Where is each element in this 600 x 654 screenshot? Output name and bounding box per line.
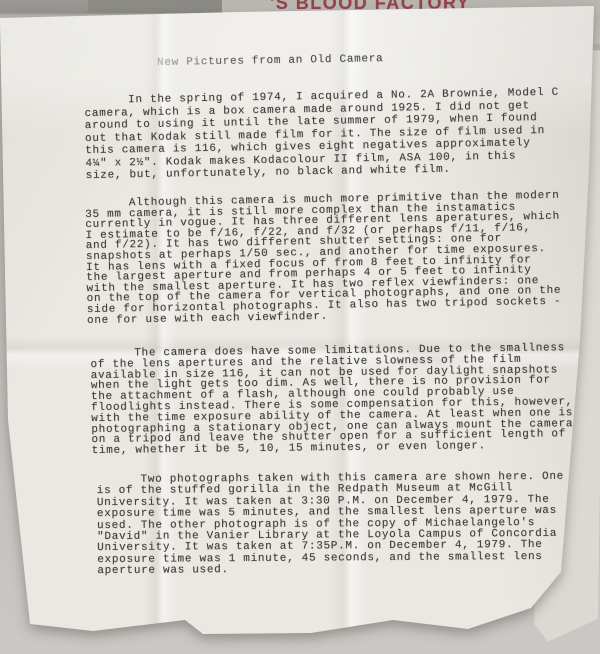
photo-of-typewritten-letter: 'S BLOOD FACTORY New Pictures from an Ol… [0, 0, 600, 654]
letter-title: New Pictures from an Old Camera [157, 53, 384, 69]
letter-sheet: New Pictures from an Old Camera In the s… [0, 0, 600, 654]
letter-paragraph-3: The camera does have some limitations. D… [90, 343, 573, 457]
letter-paragraph-2: Although this camera is much more primit… [85, 191, 562, 326]
letter-paragraph-4: Two photographs taken with this camera a… [97, 472, 565, 578]
letter-sheet-shadow: New Pictures from an Old Camera In the s… [0, 0, 600, 654]
letter-paragraph-1: In the spring of 1974, I acquired a No. … [84, 87, 560, 183]
